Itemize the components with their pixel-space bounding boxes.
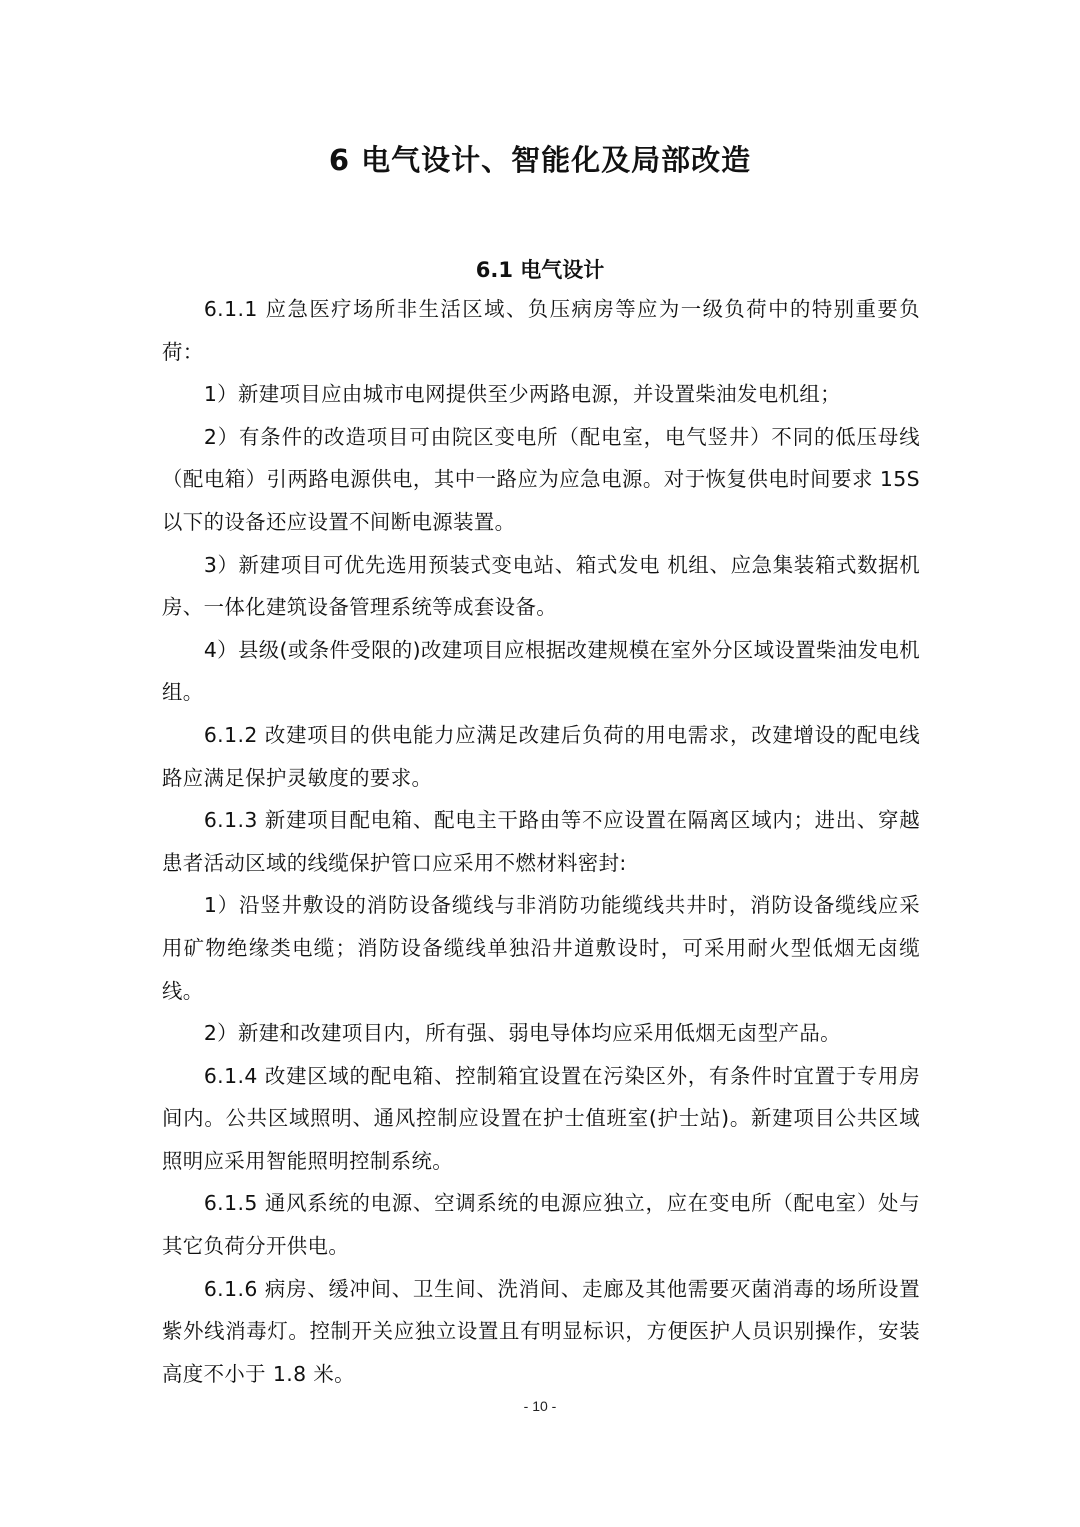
paragraph-6-1-1-item-3: 3）新建项目可优先选用预装式变电站、箱式发电 机组、应急集装箱式数据机房、一体化… <box>162 544 920 629</box>
chapter-title: 6 电气设计、智能化及局部改造 <box>0 138 1080 179</box>
paragraph-6-1-2: 6.1.2 改建项目的供电能力应满足改建后负荷的用电需求，改建增设的配电线路应满… <box>162 714 920 799</box>
paragraph-6-1-1-item-4: 4）县级(或条件受限的)改建项目应根据改建规模在室外分区域设置柴油发电机组。 <box>162 629 920 714</box>
paragraph-6-1-4: 6.1.4 改建区域的配电箱、控制箱宜设置在污染区外，有条件时宜置于专用房间内。… <box>162 1055 920 1183</box>
paragraph-6-1-1-item-1: 1）新建项目应由城市电网提供至少两路电源，并设置柴油发电机组； <box>162 373 920 416</box>
paragraph-6-1-5: 6.1.5 通风系统的电源、空调系统的电源应独立，应在变电所（配电室）处与其它负… <box>162 1182 920 1267</box>
paragraph-6-1-6: 6.1.6 病房、缓冲间、卫生间、洗消间、走廊及其他需要灭菌消毒的场所设置紫外线… <box>162 1268 920 1396</box>
section-title: 6.1 电气设计 <box>0 254 1080 284</box>
paragraph-6-1-3-item-2: 2）新建和改建项目内，所有强、弱电导体均应采用低烟无卤型产品。 <box>162 1012 920 1055</box>
page-number: - 10 - <box>0 1398 1080 1414</box>
paragraph-6-1-3: 6.1.3 新建项目配电箱、配电主干路由等不应设置在隔离区域内；进出、穿越患者活… <box>162 799 920 884</box>
document-page: 6 电气设计、智能化及局部改造 6.1 电气设计 6.1.1 应急医疗场所非生活… <box>0 0 1080 1527</box>
paragraph-6-1-1-item-2: 2）有条件的改造项目可由院区变电所（配电室，电气竖井）不同的低压母线（配电箱）引… <box>162 416 920 544</box>
paragraph-6-1-1: 6.1.1 应急医疗场所非生活区域、负压病房等应为一级负荷中的特别重要负荷： <box>162 288 920 373</box>
document-body: 6.1.1 应急医疗场所非生活区域、负压病房等应为一级负荷中的特别重要负荷： 1… <box>162 288 920 1395</box>
paragraph-6-1-3-item-1: 1）沿竖井敷设的消防设备缆线与非消防功能缆线共井时，消防设备缆线应采用矿物绝缘类… <box>162 884 920 1012</box>
